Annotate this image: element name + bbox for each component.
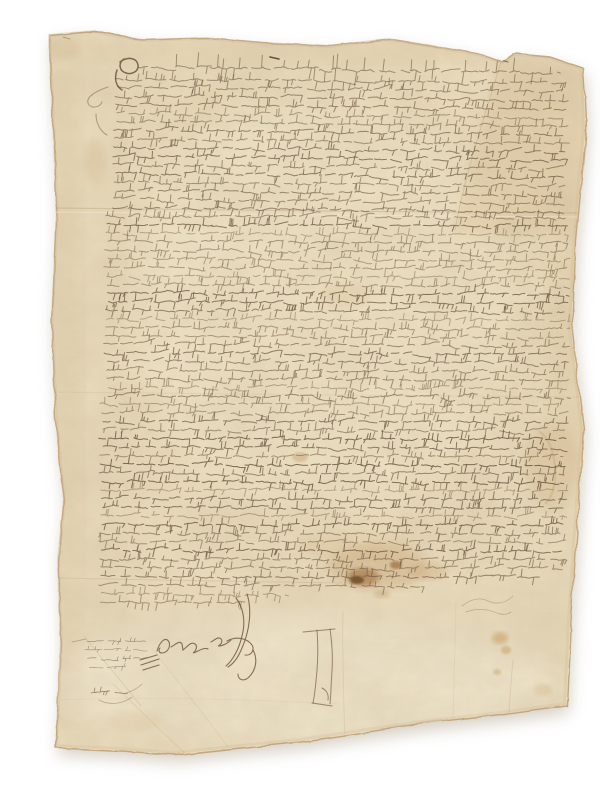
- stain: [534, 684, 552, 696]
- stain: [292, 452, 308, 462]
- manuscript-photo: [0, 0, 600, 797]
- stain: [374, 590, 390, 598]
- stain: [501, 646, 511, 654]
- stain: [106, 711, 166, 731]
- stain: [295, 532, 415, 560]
- stain: [493, 669, 501, 675]
- stain: [492, 632, 508, 644]
- photo-background: Photograph of an early manuscript charte…: [0, 0, 600, 797]
- stain: [85, 141, 105, 185]
